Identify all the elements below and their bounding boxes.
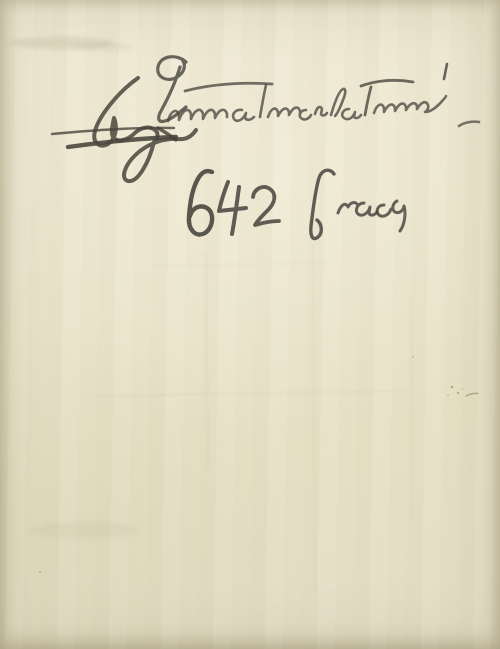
paper-grain-noise (0, 0, 500, 649)
scanned-note-page: Rego Immatriculation 642 frcs (0, 0, 500, 649)
handwriting-layer (0, 0, 500, 649)
